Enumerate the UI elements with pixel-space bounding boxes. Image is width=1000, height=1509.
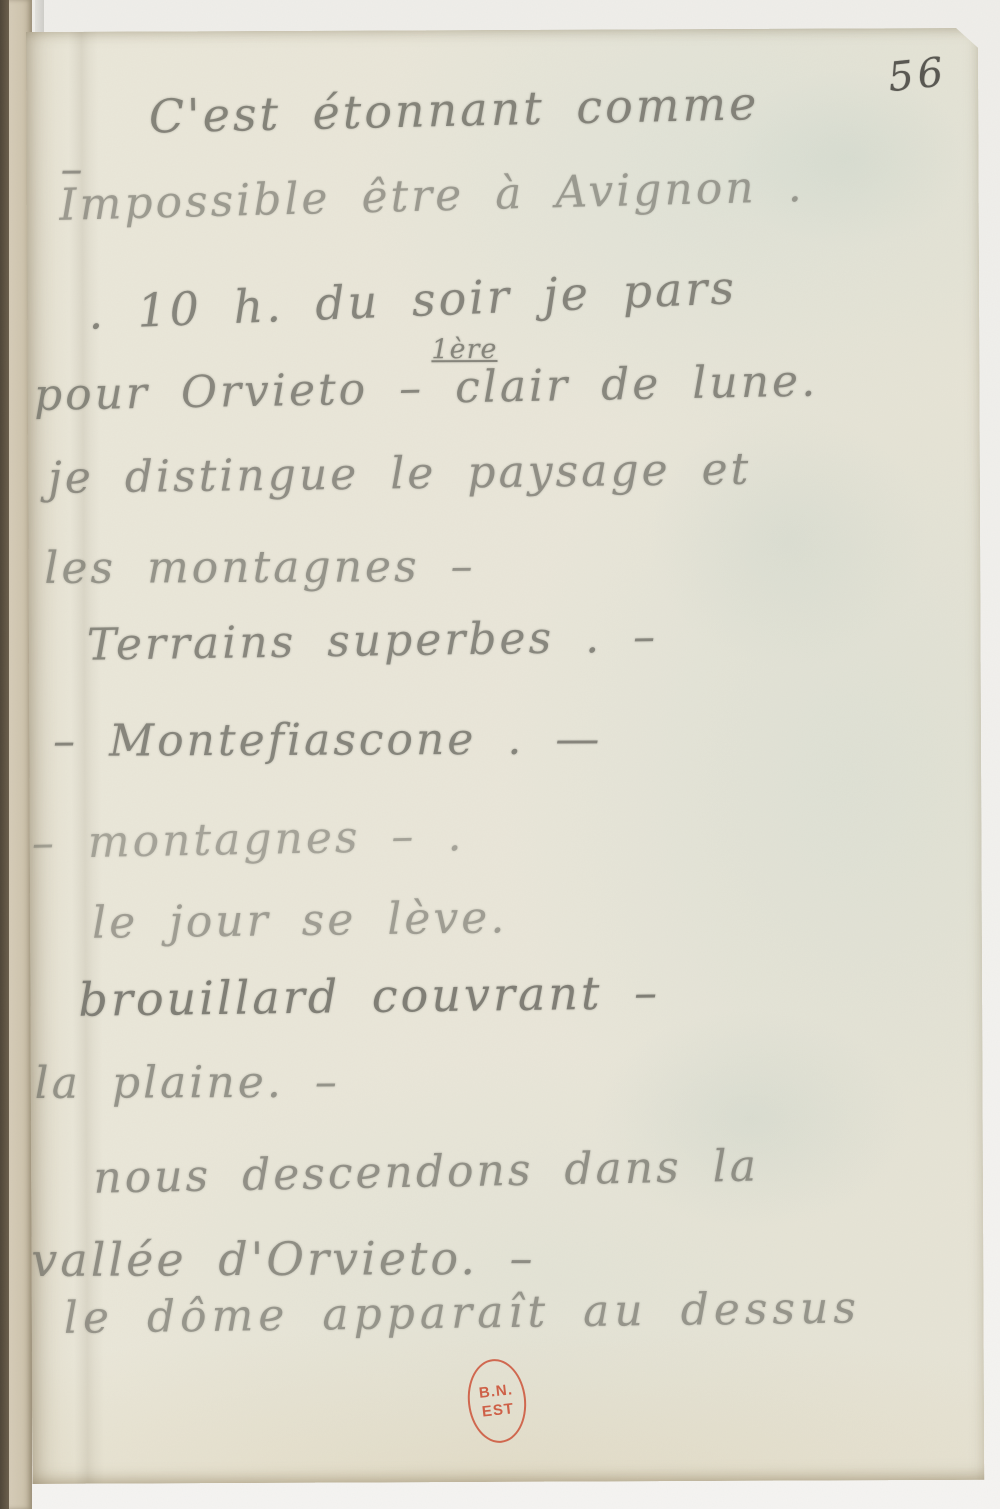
handwritten-line: brouillard couvrant – <box>78 965 660 1027</box>
handwritten-line: la plaine. – <box>34 1057 339 1109</box>
page-number: 56 <box>886 49 950 101</box>
binding-edge <box>0 0 9 1509</box>
interline-insertion: 1ère <box>431 334 497 365</box>
handwritten-line: le jour se lève. <box>92 892 508 948</box>
handwritten-line: pour Orvieto – clair de lune. <box>33 356 818 421</box>
bn-est-stamp: B.N. EST <box>464 1356 531 1446</box>
handwritten-line: – Montefiascone . — <box>53 713 602 766</box>
handwritten-line: Impossible être à Avignon . <box>59 161 806 231</box>
handwritten-line: les montagnes – <box>44 541 475 594</box>
handwritten-line: – montagnes – . <box>31 810 464 869</box>
stamp-line-2: EST <box>481 1401 515 1419</box>
handwritten-line: C'est étonnant comme <box>148 76 760 143</box>
notebook-page: 56 C'est étonnant comme – Impossible êtr… <box>26 28 984 1484</box>
handwritten-line: nous descendons dans la <box>93 1141 760 1204</box>
handwritten-line: le dôme apparaît au dessus <box>64 1282 862 1343</box>
handwritten-line: vallée d'Orvieto. – <box>31 1231 535 1287</box>
stamp-line-1: B.N. <box>478 1382 513 1401</box>
notebook-scan: 56 C'est étonnant comme – Impossible êtr… <box>0 0 1000 1509</box>
show-through-stain <box>590 1008 911 1229</box>
handwritten-line: Terrains superbes . – <box>87 611 659 670</box>
handwritten-line: je distingue le paysage et <box>48 444 752 504</box>
handwritten-line: . 10 h. du soir je pars <box>87 260 738 339</box>
